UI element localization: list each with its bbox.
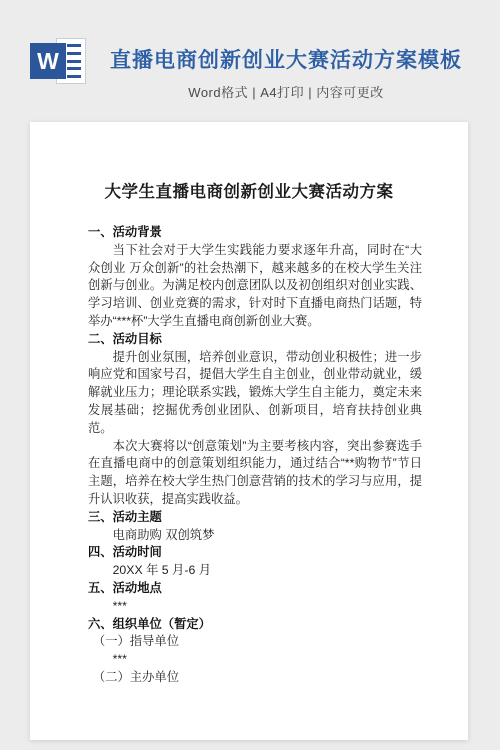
word-icon: W (30, 38, 86, 84)
header-text-block: 直播电商创新创业大赛活动方案模板 Word格式 | A4打印 | 内容可更改 (102, 38, 470, 101)
word-icon-letter: W (30, 43, 66, 79)
document-body: 一、活动背景 当下社会对于大学生实践能力要求逐年升高，同时在“大众创业 万众创新… (30, 224, 468, 687)
section-paragraph: 提升创业氛围，培养创业意识，带动创业积极性；进一步响应党和国家号召，提倡大学生自… (88, 349, 422, 438)
organizer-item-label: （二）主办单位 (88, 669, 422, 687)
section-paragraph: 当下社会对于大学生实践能力要求逐年升高，同时在“大众创业 万众创新”的社会热潮下… (88, 242, 422, 331)
section-value-time: 20XX 年 5 月-6 月 (88, 562, 422, 580)
section-heading-goals: 二、活动目标 (88, 331, 422, 349)
section-value-theme: 电商助购 双创筑梦 (88, 527, 422, 545)
organizer-item-label: （一）指导单位 (88, 633, 422, 651)
template-subtitle: Word格式 | A4打印 | 内容可更改 (102, 82, 470, 101)
section-heading-time: 四、活动时间 (88, 544, 422, 562)
template-header: W 直播电商创新创业大赛活动方案模板 Word格式 | A4打印 | 内容可更改 (30, 38, 470, 101)
organizer-item-value: *** (88, 651, 422, 669)
section-heading-location: 五、活动地点 (88, 580, 422, 598)
section-paragraph: 本次大赛将以“创意策划”为主要考核内容，突出参赛选手在直播电商中的创意策划组织能… (88, 438, 422, 509)
template-title: 直播电商创新创业大赛活动方案模板 (102, 44, 470, 74)
section-heading-theme: 三、活动主题 (88, 509, 422, 527)
section-heading-organizers: 六、组织单位（暂定） (88, 616, 422, 634)
document-title: 大学生直播电商创新创业大赛活动方案 (30, 122, 468, 202)
section-value-location: *** (88, 598, 422, 616)
document-page: 大学生直播电商创新创业大赛活动方案 一、活动背景 当下社会对于大学生实践能力要求… (30, 122, 468, 740)
section-heading-background: 一、活动背景 (88, 224, 422, 242)
